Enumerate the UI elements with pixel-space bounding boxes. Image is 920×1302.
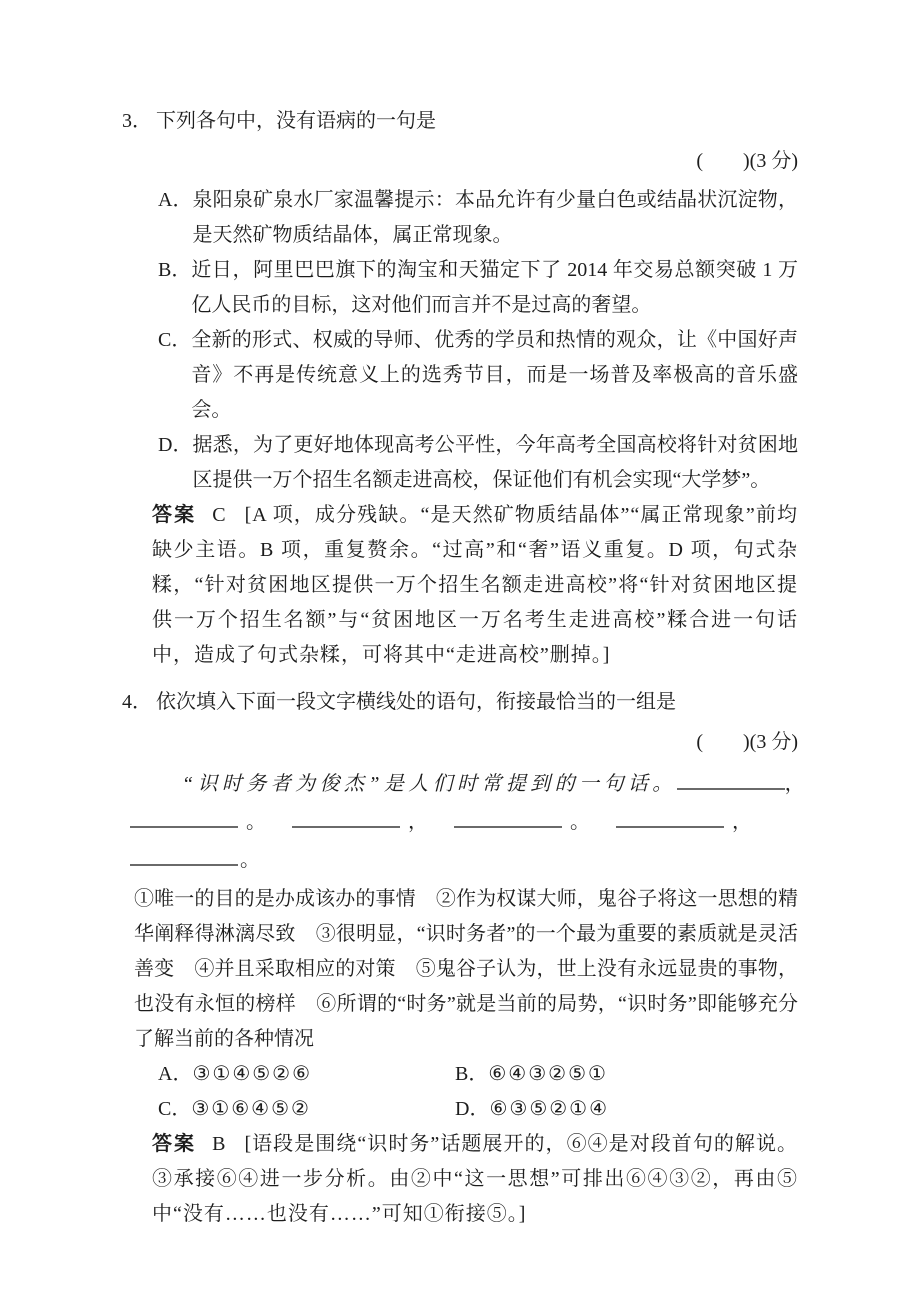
- option-d-letter: D．: [158, 428, 192, 498]
- question-3-option-a: A． 泉阳泉矿泉水厂家温馨提示：本品允许有少量白色或结晶状沉淀物，是天然矿物质结…: [122, 183, 798, 253]
- option-c-letter: C．: [158, 1092, 191, 1127]
- option-b-text: 近日，阿里巴巴旗下的淘宝和天猫定下了 2014 年交易总额突破 1 万亿人民币的…: [191, 253, 798, 323]
- answer-label: 答案: [152, 1133, 196, 1155]
- exam-page: 3． 下列各句中，没有语病的一句是 ( )(3 分) A． 泉阳泉矿泉水厂家温馨…: [0, 0, 920, 1232]
- option-a-letter: A．: [158, 1057, 192, 1092]
- question-4-number: 4．: [122, 685, 156, 720]
- blank-line-1: [677, 764, 785, 790]
- option-c-text: ③①⑥④⑤②: [191, 1092, 455, 1127]
- blank-line-2: [130, 802, 238, 828]
- passage-intro-line: “识时务者为俊杰”是人们时常提到的一句话。，: [122, 764, 798, 802]
- blank-line-3: [292, 802, 400, 828]
- option-b-letter: B．: [158, 253, 191, 323]
- option-c-letter: C．: [158, 323, 191, 428]
- question-4-score: ( )(3 分): [122, 725, 798, 760]
- blank-punct-3: ，: [408, 805, 428, 840]
- question-3-option-b: B． 近日，阿里巴巴旗下的淘宝和天猫定下了 2014 年交易总额突破 1 万亿人…: [122, 253, 798, 323]
- question-4-options: A． ③①④⑤②⑥ B． ⑥④③②⑤① C． ③①⑥④⑤② D． ⑥③⑤②①④: [122, 1057, 798, 1127]
- question-3-answer: 答案C[A 项，成分残缺。“是天然矿物质结晶体”“属正常现象”前均缺少主语。B …: [122, 498, 798, 673]
- option-b-letter: B．: [455, 1057, 488, 1092]
- passage-blank-row: 。 ， 。 ，: [122, 802, 798, 840]
- jumbled-sentences: ①唯一的目的是办成该办的事情 ②作为权谋大师，鬼谷子将这一思想的精华阐释得淋漓尽…: [122, 882, 798, 1057]
- blank-punct-2: 。: [246, 805, 266, 840]
- question-4: 4． 依次填入下面一段文字横线处的语句，衔接最恰当的一组是 ( )(3 分) “…: [122, 685, 798, 1232]
- question-3-number: 3．: [122, 104, 156, 139]
- question-3-option-c: C． 全新的形式、权威的导师、优秀的学员和热情的观众，让《中国好声音》不再是传统…: [122, 323, 798, 428]
- question-4-option-c: C． ③①⑥④⑤②: [158, 1092, 455, 1127]
- answer-explanation: [语段是围绕“识时务”话题展开的，⑥④是对段首句的解说。③承接⑥④进一步分析。由…: [152, 1133, 798, 1225]
- question-4-option-d: D． ⑥③⑤②①④: [455, 1092, 798, 1127]
- passage-blank-last-row: 。: [122, 840, 798, 878]
- question-3-score: ( )(3 分): [122, 144, 798, 179]
- blank-line-5: [616, 802, 724, 828]
- blank-punct-5: ，: [732, 805, 752, 840]
- answer-explanation: [A 项，成分残缺。“是天然矿物质结晶体”“属正常现象”前均缺少主语。B 项，重…: [152, 504, 798, 666]
- question-4-stem-row: 4． 依次填入下面一段文字横线处的语句，衔接最恰当的一组是: [122, 685, 798, 720]
- question-4-stem: 依次填入下面一段文字横线处的语句，衔接最恰当的一组是: [156, 685, 798, 720]
- blank-punct-1: ，: [785, 773, 805, 795]
- option-a-text: ③①④⑤②⑥: [192, 1057, 455, 1092]
- option-b-text: ⑥④③②⑤①: [488, 1057, 798, 1092]
- question-3: 3． 下列各句中，没有语病的一句是 ( )(3 分) A． 泉阳泉矿泉水厂家温馨…: [122, 104, 798, 673]
- passage-intro: “识时务者为俊杰”是人们时常提到的一句话。: [182, 773, 677, 795]
- option-a-letter: A．: [158, 183, 192, 253]
- blank-line-4: [454, 802, 562, 828]
- option-d-text: 据悉，为了更好地体现高考公平性，今年高考全国高校将针对贫困地区提供一万个招生名额…: [192, 428, 798, 498]
- option-d-letter: D．: [455, 1092, 489, 1127]
- option-a-text: 泉阳泉矿泉水厂家温馨提示：本品允许有少量白色或结晶状沉淀物，是天然矿物质结晶体，…: [192, 183, 798, 253]
- answer-letter: C: [212, 504, 226, 526]
- blank-line-6: [130, 840, 238, 866]
- blank-punct-6: 。: [240, 843, 260, 878]
- question-4-option-b: B． ⑥④③②⑤①: [455, 1057, 798, 1092]
- answer-letter: B: [212, 1133, 226, 1155]
- question-3-option-d: D． 据悉，为了更好地体现高考公平性，今年高考全国高校将针对贫困地区提供一万个招…: [122, 428, 798, 498]
- option-d-text: ⑥③⑤②①④: [489, 1092, 798, 1127]
- answer-label: 答案: [152, 504, 196, 526]
- option-c-text: 全新的形式、权威的导师、优秀的学员和热情的观众，让《中国好声音》不再是传统意义上…: [191, 323, 798, 428]
- question-4-answer: 答案B[语段是围绕“识时务”话题展开的，⑥④是对段首句的解说。③承接⑥④进一步分…: [122, 1127, 798, 1232]
- question-3-stem-row: 3． 下列各句中，没有语病的一句是: [122, 104, 798, 139]
- question-3-stem: 下列各句中，没有语病的一句是: [156, 104, 798, 139]
- blank-punct-4: 。: [570, 805, 590, 840]
- question-4-option-a: A． ③①④⑤②⑥: [158, 1057, 455, 1092]
